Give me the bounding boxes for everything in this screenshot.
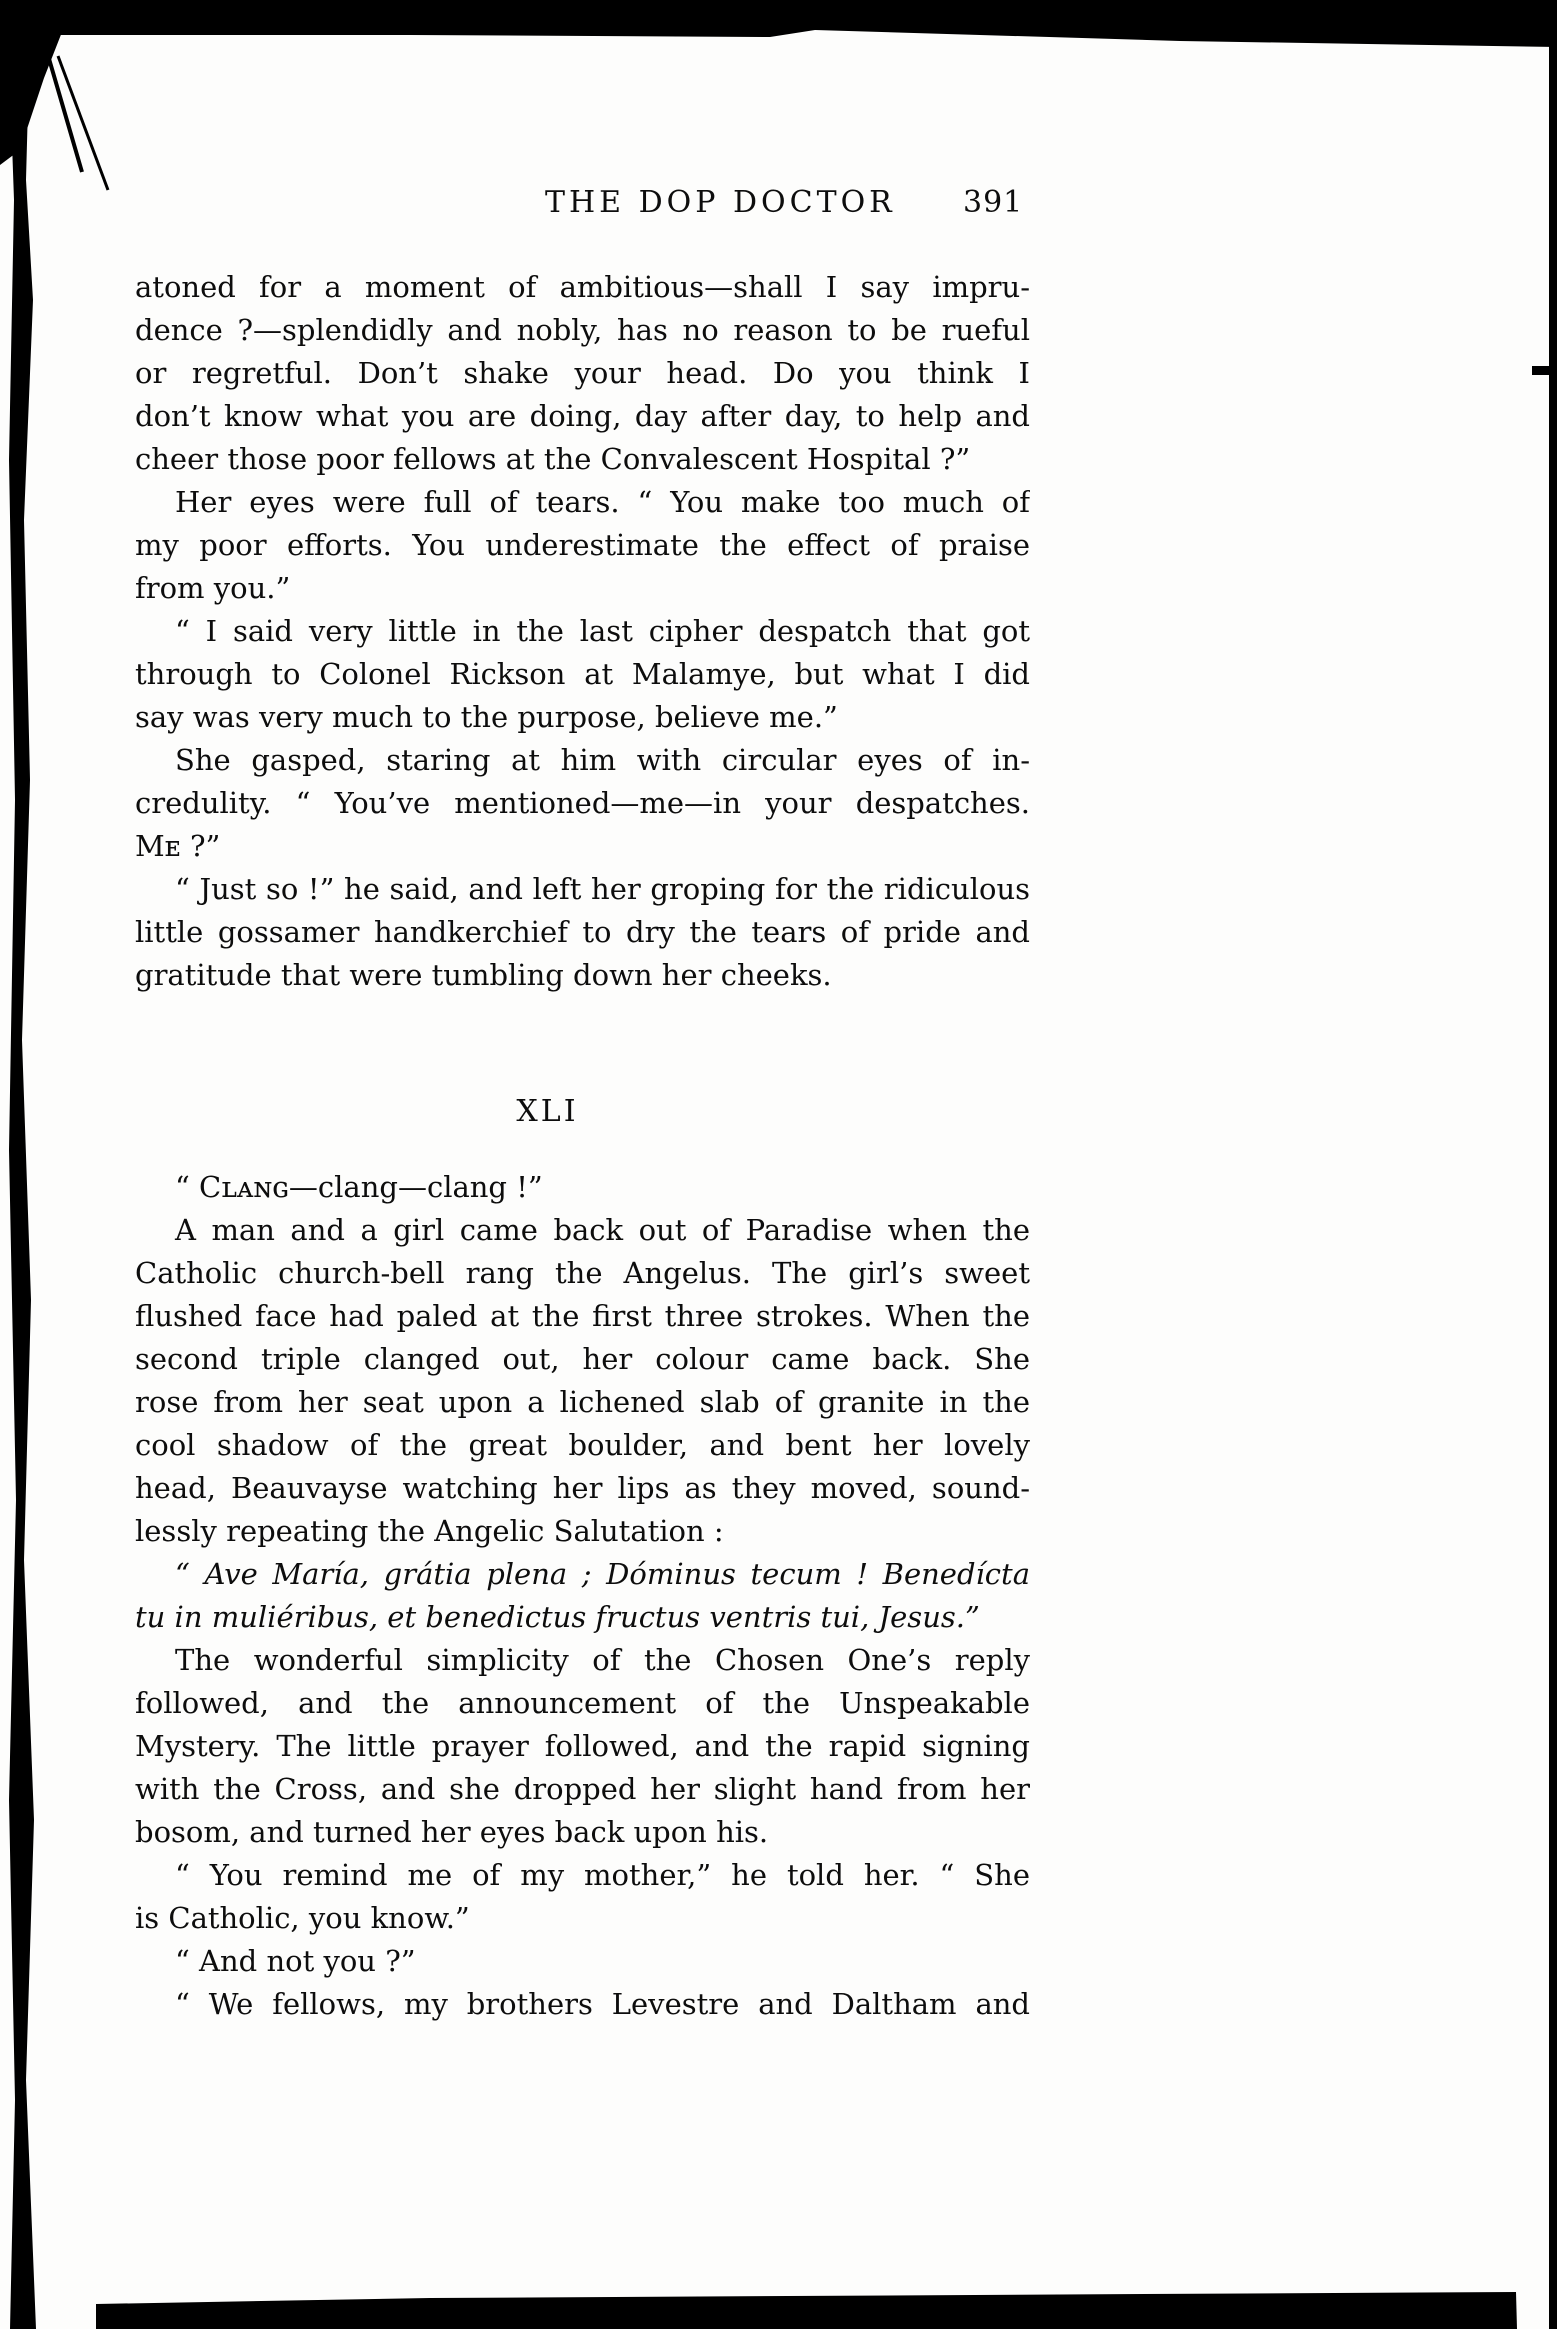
text-line: atoned for a moment of ambitious—shall I… (135, 266, 1030, 309)
text-line: The wonderful simplicity of the Chosen O… (135, 1639, 1030, 1682)
text-line: gratitude that were tumbling down her ch… (135, 954, 1030, 997)
text-line: tu in muliéribus, et benedictus fructus … (135, 1596, 1030, 1639)
text-line: with the Cross, and she dropped her slig… (135, 1768, 1030, 1811)
scan-artifact-right-edge (1549, 42, 1557, 2329)
text-line: “ Ave María, grátia plena ; Dóminus tecu… (135, 1553, 1030, 1596)
text-line: little gossamer handkerchief to dry the … (135, 911, 1030, 954)
scan-artifact-right-tick (1532, 366, 1557, 375)
text-line: bosom, and turned her eyes back upon his… (135, 1811, 1030, 1854)
text-line: is Catholic, you know.” (135, 1897, 1030, 1940)
text-line: Mystery. The little prayer followed, and… (135, 1725, 1030, 1768)
text-line: second triple clanged out, her colour ca… (135, 1338, 1030, 1381)
scan-artifact-scratch (58, 56, 108, 190)
paragraph: “ You remind me of my mother,” he told h… (135, 1854, 1030, 1940)
text-line: “ Just so !” he said, and left her gropi… (135, 868, 1030, 911)
text-line: followed, and the announcement of the Un… (135, 1682, 1030, 1725)
text-line: Mᴇ ?” (135, 825, 1030, 868)
text-line: from you.” (135, 567, 1030, 610)
text-line: “ I said very little in the last cipher … (135, 610, 1030, 653)
text-line: “ We fellows, my brothers Levestre and D… (135, 1983, 1030, 2026)
text-line: flushed face had paled at the first thre… (135, 1295, 1030, 1338)
scan-artifact-scratch-2 (45, 45, 82, 172)
paragraph: “ Just so !” he said, and left her gropi… (135, 868, 1030, 997)
paragraph: “ Ave María, grátia plena ; Dóminus tecu… (135, 1553, 1030, 1639)
scan-artifact-bottom-bar (96, 2292, 1517, 2329)
text-line: say was very much to the purpose, believ… (135, 696, 1030, 739)
scan-artifact-left-strip (8, 30, 36, 2329)
text-line: “ Cʟᴀɴɢ—clang—clang !” (135, 1166, 1030, 1209)
scanned-book-page: THE DOP DOCTOR 391 atoned for a moment o… (0, 0, 1557, 2329)
text-line: dence ?—splendidly and nobly, has no rea… (135, 309, 1030, 352)
paragraph: A man and a girl came back out of Paradi… (135, 1209, 1030, 1553)
text-line: my poor efforts. You underestimate the e… (135, 524, 1030, 567)
text-line: or regretful. Don’t shake your head. Do … (135, 352, 1030, 395)
text-line: cool shadow of the great boulder, and be… (135, 1424, 1030, 1467)
text-line: through to Colonel Rickson at Malamye, b… (135, 653, 1030, 696)
scan-artifact-top-bar (0, 0, 1557, 47)
paragraph: “ I said very little in the last cipher … (135, 610, 1030, 739)
paragraph: “ And not you ?” (135, 1940, 1030, 1983)
text-line: Catholic church-bell rang the Angelus. T… (135, 1252, 1030, 1295)
paragraph: “ We fellows, my brothers Levestre and D… (135, 1983, 1030, 2026)
text-line: She gasped, staring at him with circular… (135, 739, 1030, 782)
paragraph: The wonderful simplicity of the Chosen O… (135, 1639, 1030, 1854)
text-line: rose from her seat upon a lichened slab … (135, 1381, 1030, 1424)
paragraph: She gasped, staring at him with circular… (135, 739, 1030, 868)
paragraph: Her eyes were full of tears. “ You make … (135, 481, 1030, 610)
text-line: cheer those poor fellows at the Convales… (135, 438, 1030, 481)
text-line: lessly repeating the Angelic Salutation … (135, 1510, 1030, 1553)
paragraph: “ Cʟᴀɴɢ—clang—clang !” (135, 1166, 1030, 1209)
text-line: A man and a girl came back out of Paradi… (135, 1209, 1030, 1252)
page-number: 391 (963, 186, 1023, 220)
text-line: don’t know what you are doing, day after… (135, 395, 1030, 438)
page-header-title: THE DOP DOCTOR (545, 186, 896, 220)
text-line: credulity. “ You’ve mentioned—me—in your… (135, 782, 1030, 825)
text-line: “ You remind me of my mother,” he told h… (135, 1854, 1030, 1897)
text-line: Her eyes were full of tears. “ You make … (135, 481, 1030, 524)
text-line: “ And not you ?” (135, 1940, 1030, 1983)
running-head: THE DOP DOCTOR 391 (0, 186, 1557, 222)
section-heading: XLI (100, 1090, 995, 1133)
text-line: head, Beauvayse watching her lips as the… (135, 1467, 1030, 1510)
scan-artifact-top-left-wedge (0, 30, 62, 165)
paragraph: atoned for a moment of ambitious—shall I… (135, 266, 1030, 481)
text-column: atoned for a moment of ambitious—shall I… (135, 266, 1030, 2026)
